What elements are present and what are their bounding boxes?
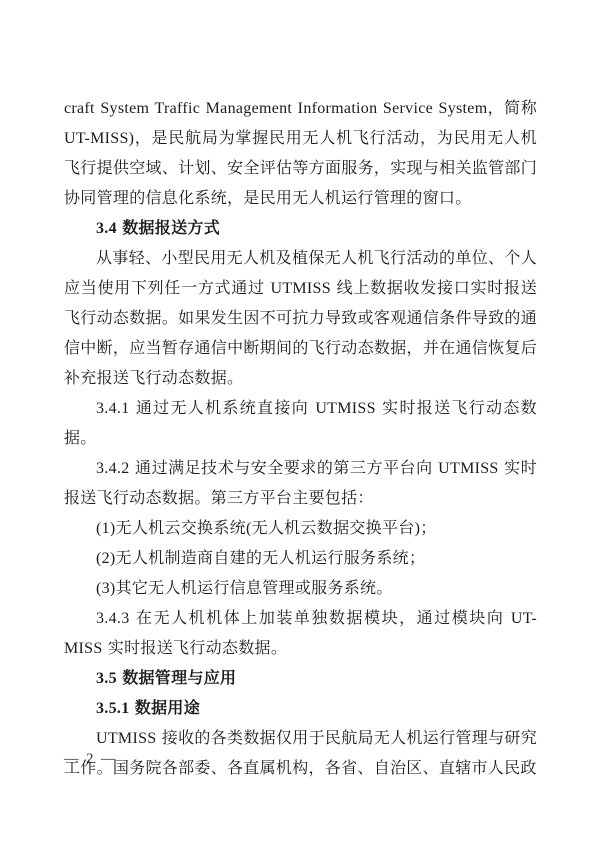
section-heading-3-5-1: 3.5.1 数据用途 [64,694,537,724]
document-page: craft System Traffic Management Informat… [0,0,600,849]
paragraph-3-4-3: 3.4.3 在无人机机体上加装单独数据模块，通过模块向 UT-MISS 实时报送… [64,604,537,664]
document-body: craft System Traffic Management Informat… [64,94,537,784]
list-item-1: (1)无人机云交换系统(无人机云数据交换平台)； [64,514,537,544]
paragraph-continuation: craft System Traffic Management Informat… [64,94,537,214]
list-item-3: (3)其它无人机运行信息管理或服务系统。 [64,574,537,604]
paragraph-3-4-1: 3.4.1 通过无人机系统直接向 UTMISS 实时报送飞行动态数据。 [64,394,537,454]
section-heading-3-4: 3.4 数据报送方式 [64,214,537,244]
page-number: — 2 — [64,751,118,768]
section-heading-3-5: 3.5 数据管理与应用 [64,664,537,694]
paragraph-3-4-body: 从事轻、小型民用无人机及植保无人机飞行活动的单位、个人应当使用下列任一方式通过 … [64,244,537,394]
paragraph-3-4-2: 3.4.2 通过满足技术与安全要求的第三方平台向 UTMISS 实时报送飞行动态… [64,454,537,514]
paragraph-3-5-1-body: UTMISS 接收的各类数据仅用于民航局无人机运行管理与研究工作。国务院各部委、… [64,724,537,784]
list-item-2: (2)无人机制造商自建的无人机运行服务系统； [64,544,537,574]
